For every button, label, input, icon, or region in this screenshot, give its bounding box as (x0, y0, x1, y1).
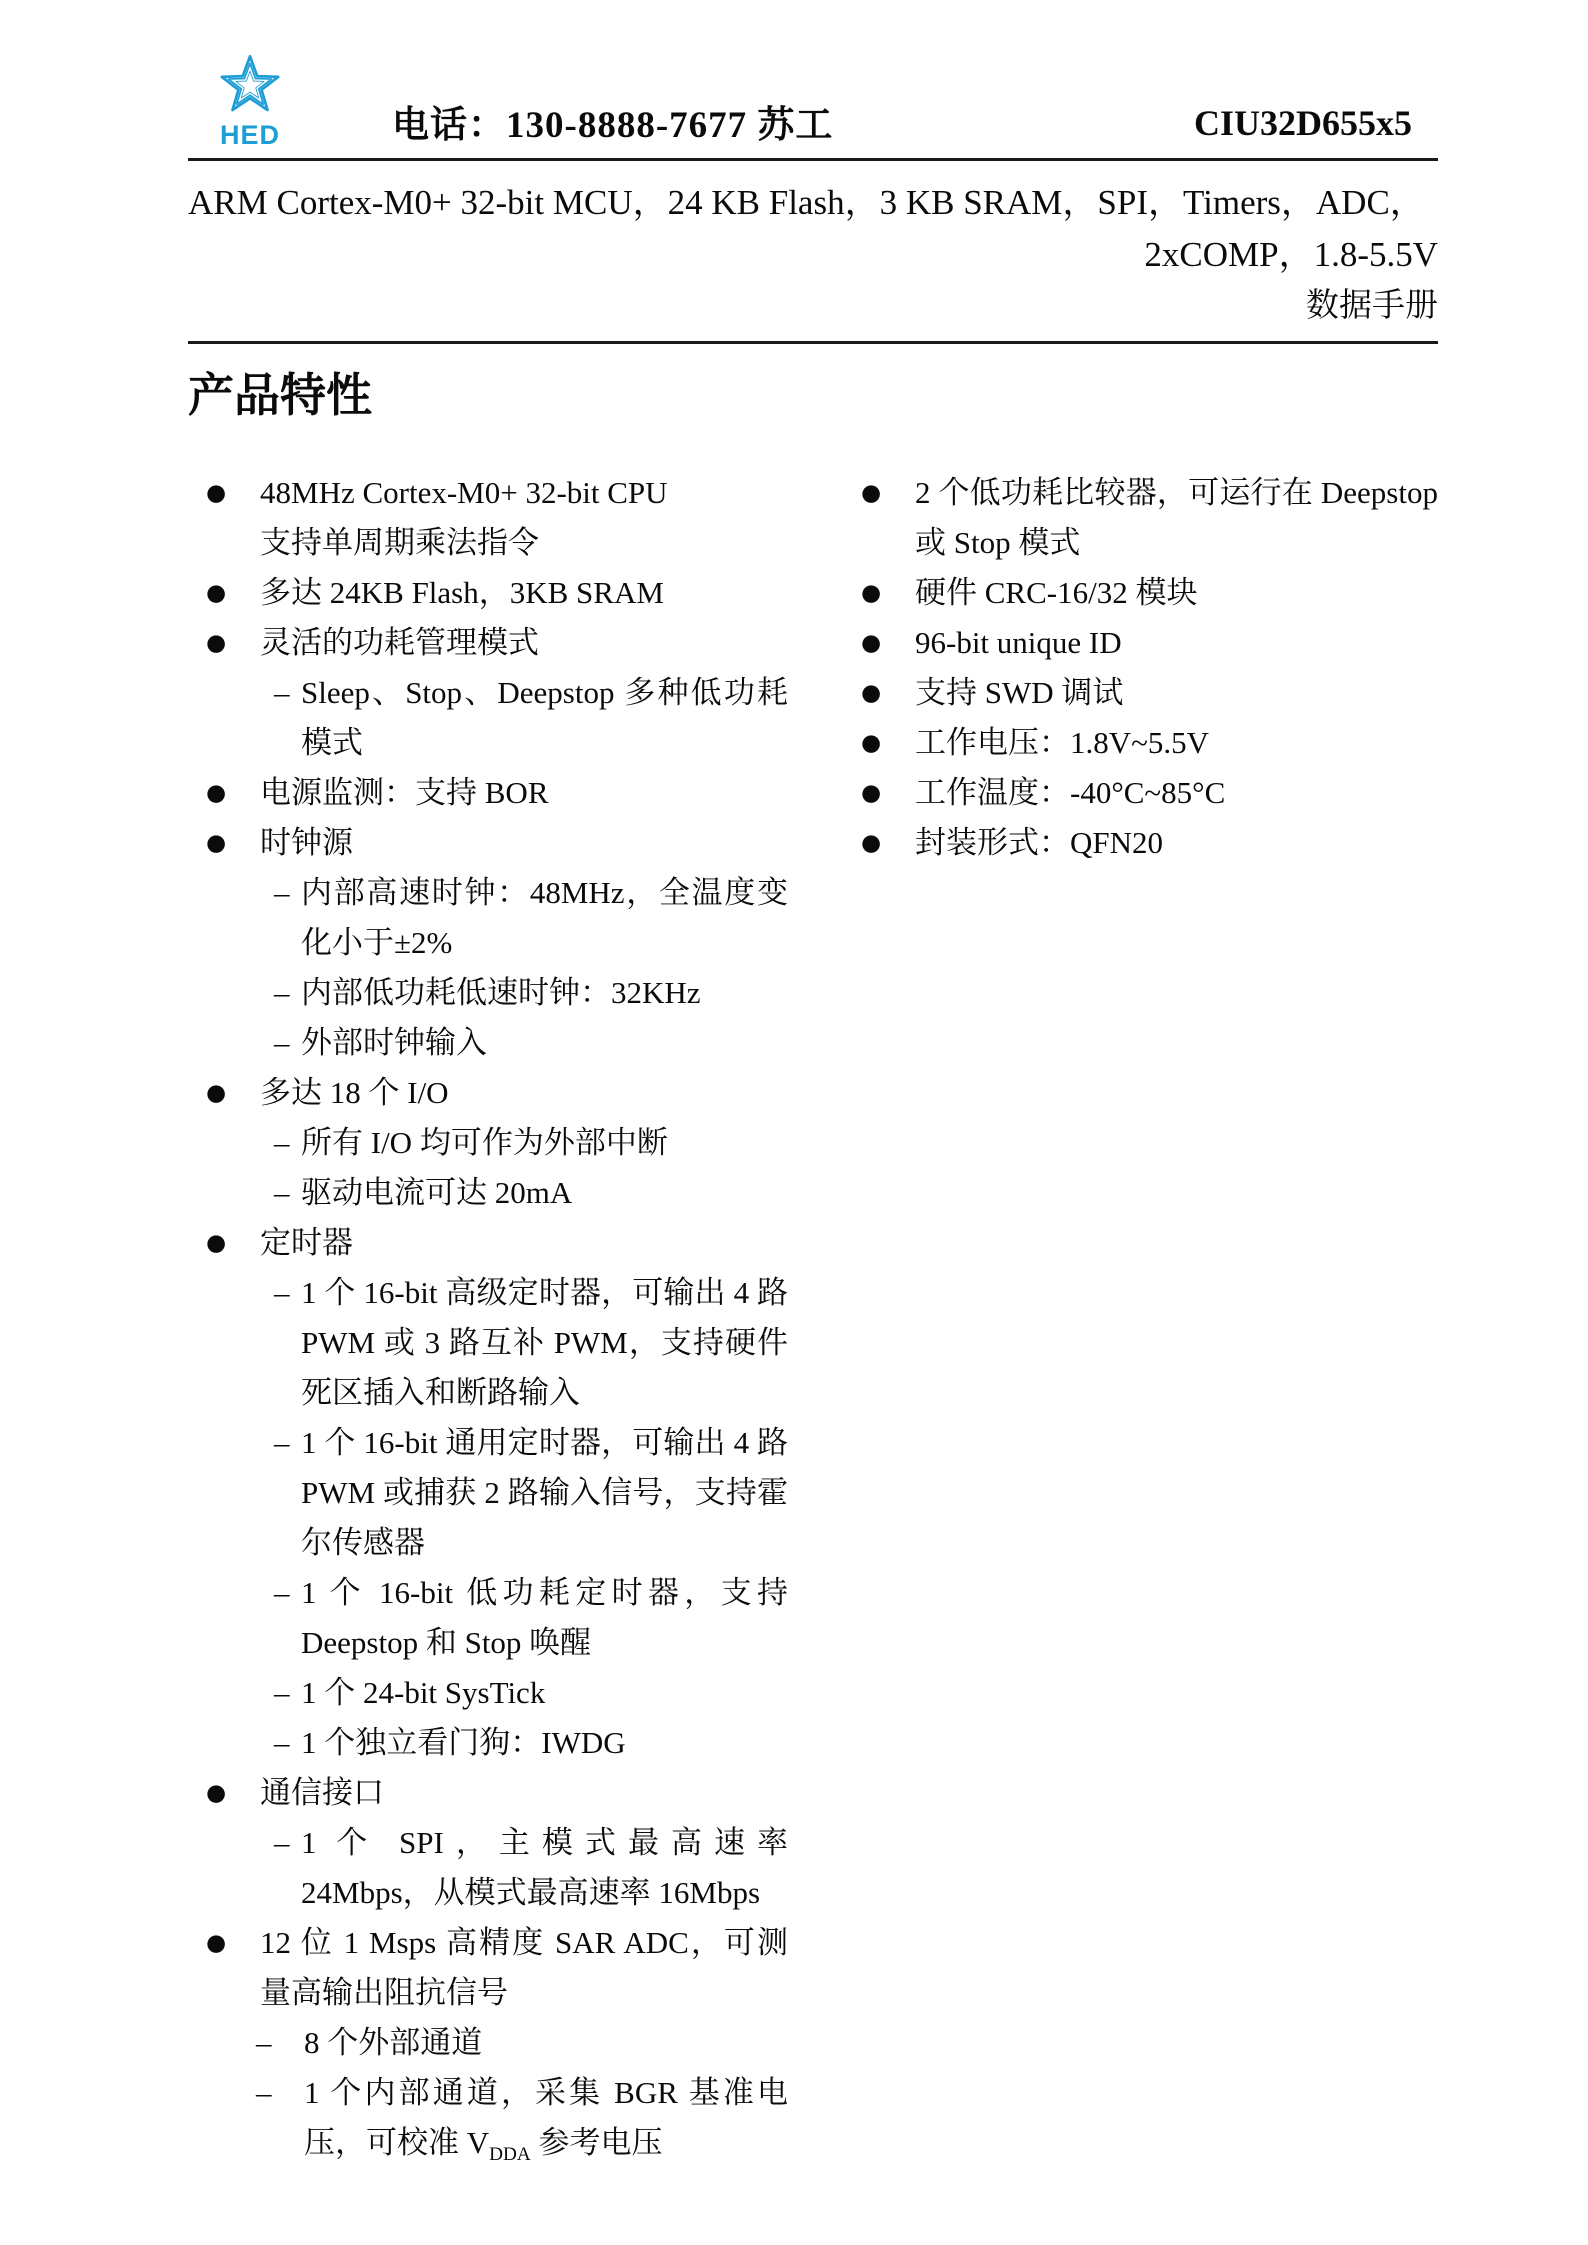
dash-icon: – (274, 968, 301, 1018)
feature-item: ●支持 SWD 调试 (843, 668, 1438, 718)
bullet-icon: ● (843, 668, 915, 718)
header: HED 电话：130-8888-7677 苏工 CIU32D655x5 (0, 0, 1588, 150)
dash-icon: – (274, 1268, 301, 1418)
dash-icon: – (274, 668, 301, 768)
bullet-icon: ● (188, 1068, 260, 1118)
features: ●48MHz Cortex-M0+ 32-bit CPU支持单周期乘法指令●多达… (0, 468, 1588, 2168)
feature-subitem: –1 个 24-bit SysTick (188, 1668, 788, 1718)
bullet-icon: ● (843, 568, 915, 618)
title-line-1: ARM Cortex-M0+ 32-bit MCU，24 KB Flash，3 … (188, 177, 1438, 229)
feature-subitem-text: 1 个 24-bit SysTick (301, 1668, 788, 1718)
dash-icon: – (274, 1668, 301, 1718)
feature-item: ●多达 24KB Flash，3KB SRAM (188, 568, 788, 618)
feature-subitem: –外部时钟输入 (188, 1018, 788, 1068)
bullet-icon: ● (188, 818, 260, 868)
bullet-icon: ● (188, 468, 260, 568)
feature-item-text: 12 位 1 Msps 高精度 SAR ADC，可测量高输出阻抗信号 (260, 1918, 788, 2018)
feature-item-text: 48MHz Cortex-M0+ 32-bit CPU支持单周期乘法指令 (260, 468, 788, 568)
feature-item-text: 多达 24KB Flash，3KB SRAM (260, 568, 788, 618)
feature-item-text: 96-bit unique ID (915, 618, 1438, 668)
dash-icon: – (274, 1168, 301, 1218)
bullet-icon: ● (843, 718, 915, 768)
feature-item-text: 灵活的功耗管理模式 (260, 618, 788, 668)
feature-subitem: –1 个 SPI，主模式最高速率 24Mbps，从模式最高速率 16Mbps (188, 1818, 788, 1918)
feature-subitem: –1 个 16-bit 通用定时器，可输出 4 路 PWM 或捕获 2 路输入信… (188, 1418, 788, 1568)
feature-item-text: 2 个低功耗比较器，可运行在 Deepstop 或 Stop 模式 (915, 468, 1438, 568)
bullet-icon: ● (188, 768, 260, 818)
feature-item-text: 通信接口 (260, 1768, 788, 1818)
feature-subitem: –内部低功耗低速时钟：32KHz (188, 968, 788, 1018)
dash-icon: – (274, 1118, 301, 1168)
phone-number: 电话：130-8888-7677 苏工 (392, 94, 833, 150)
feature-item-text: 定时器 (260, 1218, 788, 1268)
feature-item: ●2 个低功耗比较器，可运行在 Deepstop 或 Stop 模式 (843, 468, 1438, 568)
feature-subitem: –所有 I/O 均可作为外部中断 (188, 1118, 788, 1168)
feature-item: ●48MHz Cortex-M0+ 32-bit CPU支持单周期乘法指令 (188, 468, 788, 568)
bullet-icon: ● (188, 1768, 260, 1818)
title-block: ARM Cortex-M0+ 32-bit MCU，24 KB Flash，3 … (0, 161, 1588, 331)
feature-subitem: –8 个外部通道 (188, 2018, 788, 2068)
feature-item: ●12 位 1 Msps 高精度 SAR ADC，可测量高输出阻抗信号 (188, 1918, 788, 2018)
feature-subitem-text: 1 个 16-bit 通用定时器，可输出 4 路 PWM 或捕获 2 路输入信号… (301, 1418, 788, 1568)
feature-subitem-text: 8 个外部通道 (304, 2018, 788, 2068)
dash-icon: – (256, 2018, 304, 2068)
feature-item: ●定时器 (188, 1218, 788, 1268)
hed-logo: HED (208, 50, 292, 150)
feature-item-text: 封装形式：QFN20 (915, 818, 1438, 868)
bullet-icon: ● (188, 1918, 260, 2018)
feature-subitem: –驱动电流可达 20mA (188, 1168, 788, 1218)
dash-icon: – (274, 1718, 301, 1768)
feature-subitem: –1 个独立看门狗：IWDG (188, 1718, 788, 1768)
feature-item: ●工作电压：1.8V~5.5V (843, 718, 1438, 768)
feature-subitem-text: 内部高速时钟：48MHz，全温度变化小于±2% (301, 868, 788, 968)
feature-item-text: 支持 SWD 调试 (915, 668, 1438, 718)
dash-icon: – (274, 1418, 301, 1568)
title-line-2: 2xCOMP，1.8-5.5V (188, 229, 1438, 281)
feature-subitem-text: 1 个 16-bit 低功耗定时器，支持 Deepstop 和 Stop 唤醒 (301, 1568, 788, 1668)
bullet-icon: ● (188, 568, 260, 618)
feature-item: ●灵活的功耗管理模式 (188, 618, 788, 668)
title-rule (188, 341, 1438, 344)
dash-icon: – (274, 1568, 301, 1668)
feature-item-text: 工作温度：-40°C~85°C (915, 768, 1438, 818)
features-column-left: ●48MHz Cortex-M0+ 32-bit CPU支持单周期乘法指令●多达… (188, 468, 788, 2168)
feature-item: ●电源监测：支持 BOR (188, 768, 788, 818)
feature-subitem: –1 个内部通道，采集 BGR 基准电压，可校准 VDDA 参考电压 (188, 2068, 788, 2168)
datasheet-page: HED 电话：130-8888-7677 苏工 CIU32D655x5 ARM … (0, 0, 1588, 2245)
part-number: CIU32D655x5 (1194, 102, 1412, 150)
feature-subitem: –内部高速时钟：48MHz，全温度变化小于±2% (188, 868, 788, 968)
feature-subitem-text: 所有 I/O 均可作为外部中断 (301, 1118, 788, 1168)
feature-subitem-text: Sleep、Stop、Deepstop 多种低功耗模式 (301, 668, 788, 768)
dash-icon: – (256, 2068, 304, 2168)
feature-item: ●96-bit unique ID (843, 618, 1438, 668)
feature-item-text: 硬件 CRC-16/32 模块 (915, 568, 1438, 618)
feature-subitem-text: 1 个 16-bit 高级定时器，可输出 4 路 PWM 或 3 路互补 PWM… (301, 1268, 788, 1418)
feature-subitem-text: 内部低功耗低速时钟：32KHz (301, 968, 788, 1018)
feature-item: ●通信接口 (188, 1768, 788, 1818)
feature-item: ●时钟源 (188, 818, 788, 868)
feature-subitem-text: 1 个内部通道，采集 BGR 基准电压，可校准 VDDA 参考电压 (304, 2068, 788, 2168)
feature-subitem-text: 1 个 SPI，主模式最高速率 24Mbps，从模式最高速率 16Mbps (301, 1818, 788, 1918)
feature-subitem-text: 1 个独立看门狗：IWDG (301, 1718, 788, 1768)
feature-item-text: 工作电压：1.8V~5.5V (915, 718, 1438, 768)
feature-subitem: –1 个 16-bit 低功耗定时器，支持 Deepstop 和 Stop 唤醒 (188, 1568, 788, 1668)
doc-type-label: 数据手册 (188, 281, 1438, 331)
bullet-icon: ● (843, 818, 915, 868)
feature-item: ●多达 18 个 I/O (188, 1068, 788, 1118)
feature-subitem-text: 外部时钟输入 (301, 1018, 788, 1068)
bullet-icon: ● (843, 618, 915, 668)
feature-item-text: 多达 18 个 I/O (260, 1068, 788, 1118)
feature-subitem: –1 个 16-bit 高级定时器，可输出 4 路 PWM 或 3 路互补 PW… (188, 1268, 788, 1418)
dash-icon: – (274, 1018, 301, 1068)
star-logo-icon (214, 50, 286, 122)
bullet-icon: ● (843, 468, 915, 568)
bullet-icon: ● (188, 618, 260, 668)
feature-item: ●硬件 CRC-16/32 模块 (843, 568, 1438, 618)
feature-item: ●工作温度：-40°C~85°C (843, 768, 1438, 818)
feature-item: ●封装形式：QFN20 (843, 818, 1438, 868)
dash-icon: – (274, 1818, 301, 1918)
bullet-icon: ● (188, 1218, 260, 1268)
bullet-icon: ● (843, 768, 915, 818)
feature-item-text: 时钟源 (260, 818, 788, 868)
dash-icon: – (274, 868, 301, 968)
section-heading: 产品特性 (188, 370, 1438, 422)
feature-subitem: –Sleep、Stop、Deepstop 多种低功耗模式 (188, 668, 788, 768)
feature-item-text: 电源监测：支持 BOR (260, 768, 788, 818)
features-column-right: ●2 个低功耗比较器，可运行在 Deepstop 或 Stop 模式●硬件 CR… (843, 468, 1438, 2168)
logo-label: HED (220, 120, 280, 150)
feature-subitem-text: 驱动电流可达 20mA (301, 1168, 788, 1218)
